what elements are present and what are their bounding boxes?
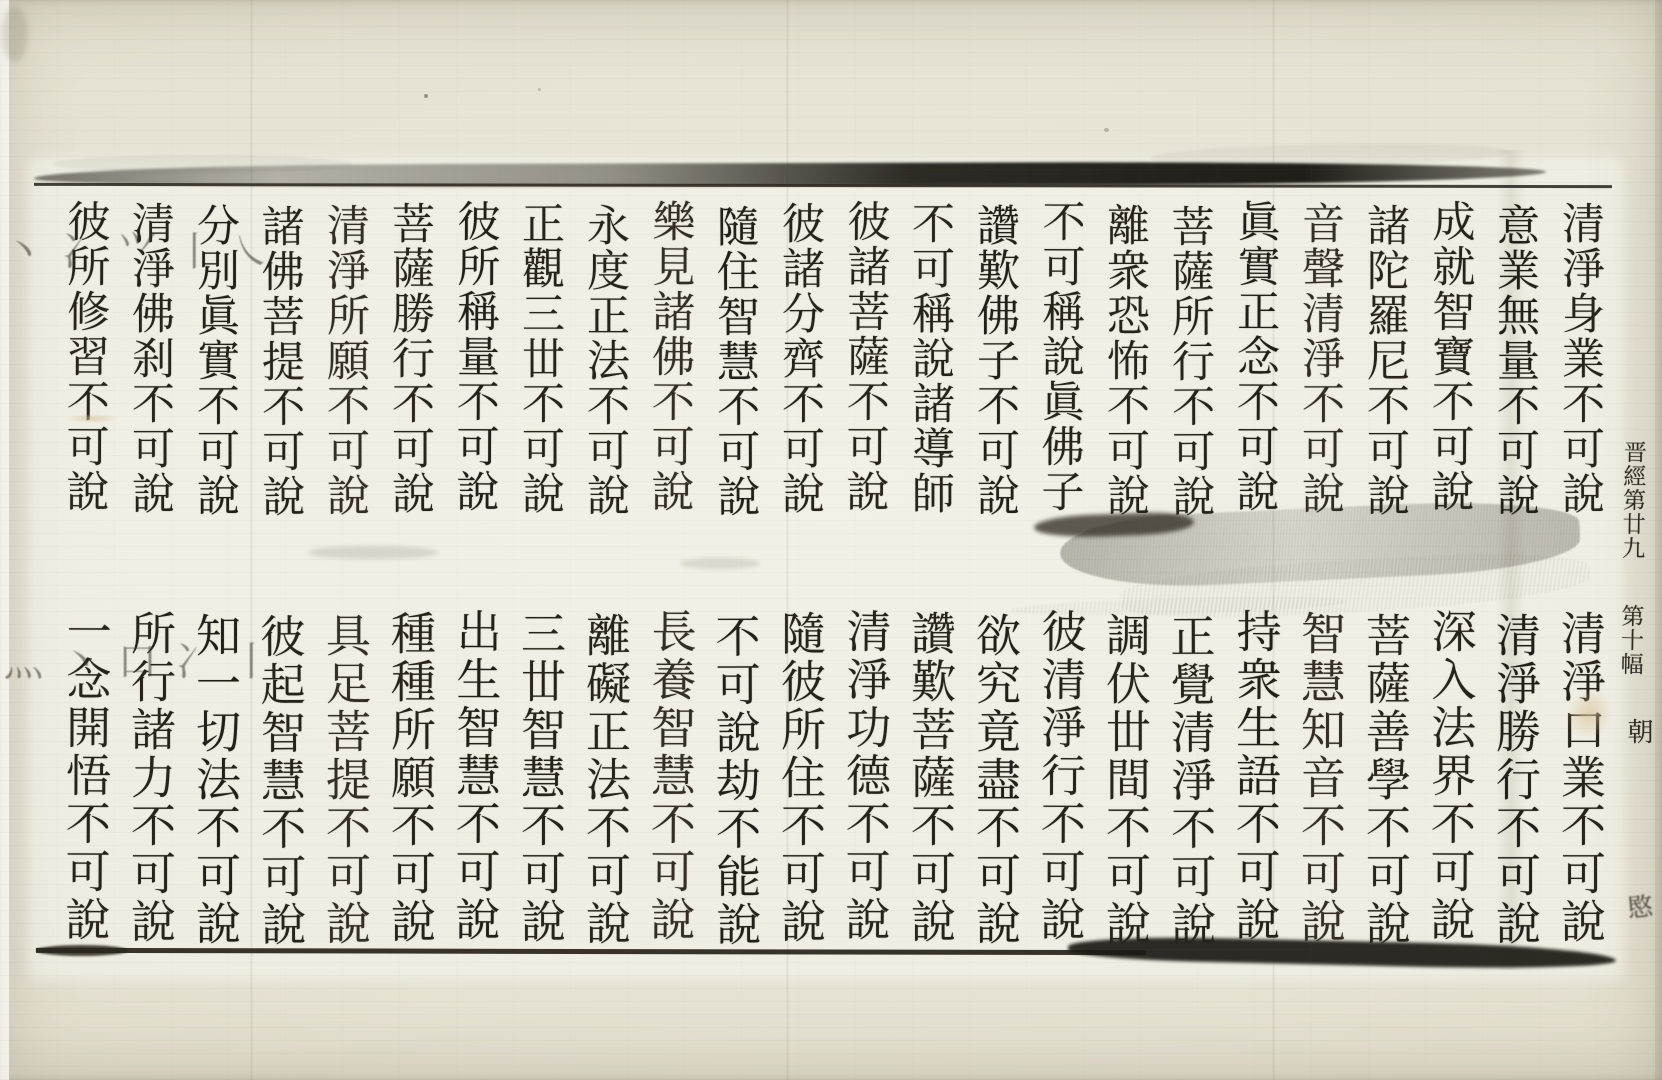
edge-stroke-fragment: 冫 (163, 640, 220, 694)
margin-case-mark: 朝 (1620, 718, 1657, 744)
gap-smudge-2 (680, 558, 760, 569)
verse-column: 清淨口業不可說 (1547, 610, 1612, 950)
verse-column: 意業無量不可說 (1482, 203, 1547, 521)
verse-column: 隨彼所住不可說 (767, 610, 832, 950)
verse-column: 清淨勝行不可說 (1482, 612, 1547, 952)
sutra-sheet: 清淨身業不可說意業無量不可說成就智寶不可說諸陀羅尼不可說音聲清淨不可說眞實正念不… (0, 0, 1662, 1080)
verse-column: 正觀三丗不可說 (507, 201, 572, 519)
verse-column: 隨住智慧不可說 (701, 204, 767, 522)
verse-column: 清淨所願不可說 (312, 203, 377, 521)
edge-stroke-fragment: 丶 (49, 640, 106, 694)
verse-column: 成就智寶不可說 (1416, 199, 1482, 517)
verse-column: 菩薩所行不可說 (1156, 204, 1222, 522)
verse-column: 彼諸菩薩不可說 (831, 199, 897, 517)
verse-column: 離衆恐怖不可說 (1092, 203, 1157, 521)
ink-speck-1 (424, 94, 428, 98)
verse-column: 音聲清淨不可說 (1287, 201, 1352, 519)
margin-handwritten-mark: 愍 (1619, 892, 1657, 921)
corner-smudge (2, 6, 28, 62)
verse-column: 離礙正法不可說 (572, 612, 637, 952)
gap-smudge-1 (308, 546, 438, 559)
verse-column: 持衆生語不可說 (1221, 608, 1287, 948)
edge-stroke-fragment: 口 (106, 640, 163, 694)
verse-column: 具足菩提不可說 (312, 612, 377, 952)
upper-text-register: 清淨身業不可說意業無量不可說成就智寶不可說諸陀羅尼不可說音聲清淨不可說眞實正念不… (52, 201, 1612, 519)
verse-column: 長養智慧不可說 (636, 608, 702, 948)
left-paper-edge (0, 0, 9, 1080)
margin-fascicle-label: 晋經第廿九 (1615, 440, 1650, 561)
edge-stroke-fragment: 冫 (49, 230, 106, 284)
verse-column: 不可稱說眞佛子 (1026, 199, 1092, 517)
verse-column: 讚歎佛子不可說 (962, 203, 1027, 521)
verse-column: 讚歎菩薩不可說 (897, 610, 962, 950)
verse-column: 不可說劫不能說 (701, 613, 767, 953)
frame-top-drybrush-left (52, 155, 352, 173)
verse-column: 菩薩善學不可說 (1352, 612, 1417, 952)
edge-stroke-fragment: 丨 (220, 640, 277, 694)
edge-stroke-fragment: 丨 (163, 230, 220, 284)
verse-column: 諸陀羅尼不可說 (1352, 203, 1417, 521)
verse-column: 欲究竟盡不可說 (962, 612, 1027, 952)
edge-stroke-fragment: 丶 (0, 230, 49, 284)
ink-speck-2 (1104, 128, 1109, 132)
margin-sheet-number-label: 第十幅 (1613, 604, 1647, 677)
verse-column: 出生智慧不可說 (441, 608, 507, 948)
verse-column: 正覺清淨不可說 (1156, 613, 1222, 953)
verse-column: 三丗智慧不可說 (507, 610, 572, 950)
verse-column: 眞實正念不可說 (1221, 199, 1287, 517)
verse-column: 菩薩勝行不可說 (377, 201, 442, 519)
paper-fiber-streak (66, 414, 118, 423)
edge-stroke-fragment: ㇏ (220, 230, 277, 284)
verse-column: 彼諸分齊不可說 (767, 201, 832, 519)
verse-column: 深入法界不可說 (1416, 608, 1482, 948)
left-edge-fragments-upper: ㇏丨⺍冫丶 (0, 230, 277, 284)
edge-stroke-fragment: ⺍ (106, 230, 163, 284)
verse-column: 不可稱說諸導師 (897, 201, 962, 519)
lower-text-register: 清淨口業不可說清淨勝行不可說深入法界不可說菩薩善學不可說智慧知音不可說持衆生語不… (52, 610, 1612, 950)
verse-column: 調伏丗間不可說 (1092, 612, 1157, 952)
verse-column: 種種所願不可說 (377, 610, 442, 950)
verse-column: 永度正法不可說 (572, 203, 637, 521)
verse-column: 樂見諸佛不可說 (636, 199, 702, 517)
verse-column: 清淨功德不可說 (831, 608, 897, 948)
verse-column: 彼所稱量不可說 (441, 199, 507, 517)
verse-column: 清淨身業不可說 (1547, 201, 1612, 519)
ink-speck-3 (538, 88, 541, 91)
right-paper-edge (1655, 0, 1662, 1080)
verse-column: 智慧知音不可說 (1287, 610, 1352, 950)
edge-stroke-fragment: 灬 (0, 640, 49, 694)
left-edge-fragments-lower: 丨冫口丶灬 (0, 640, 277, 694)
verse-column: 彼清淨行不可說 (1026, 608, 1092, 948)
